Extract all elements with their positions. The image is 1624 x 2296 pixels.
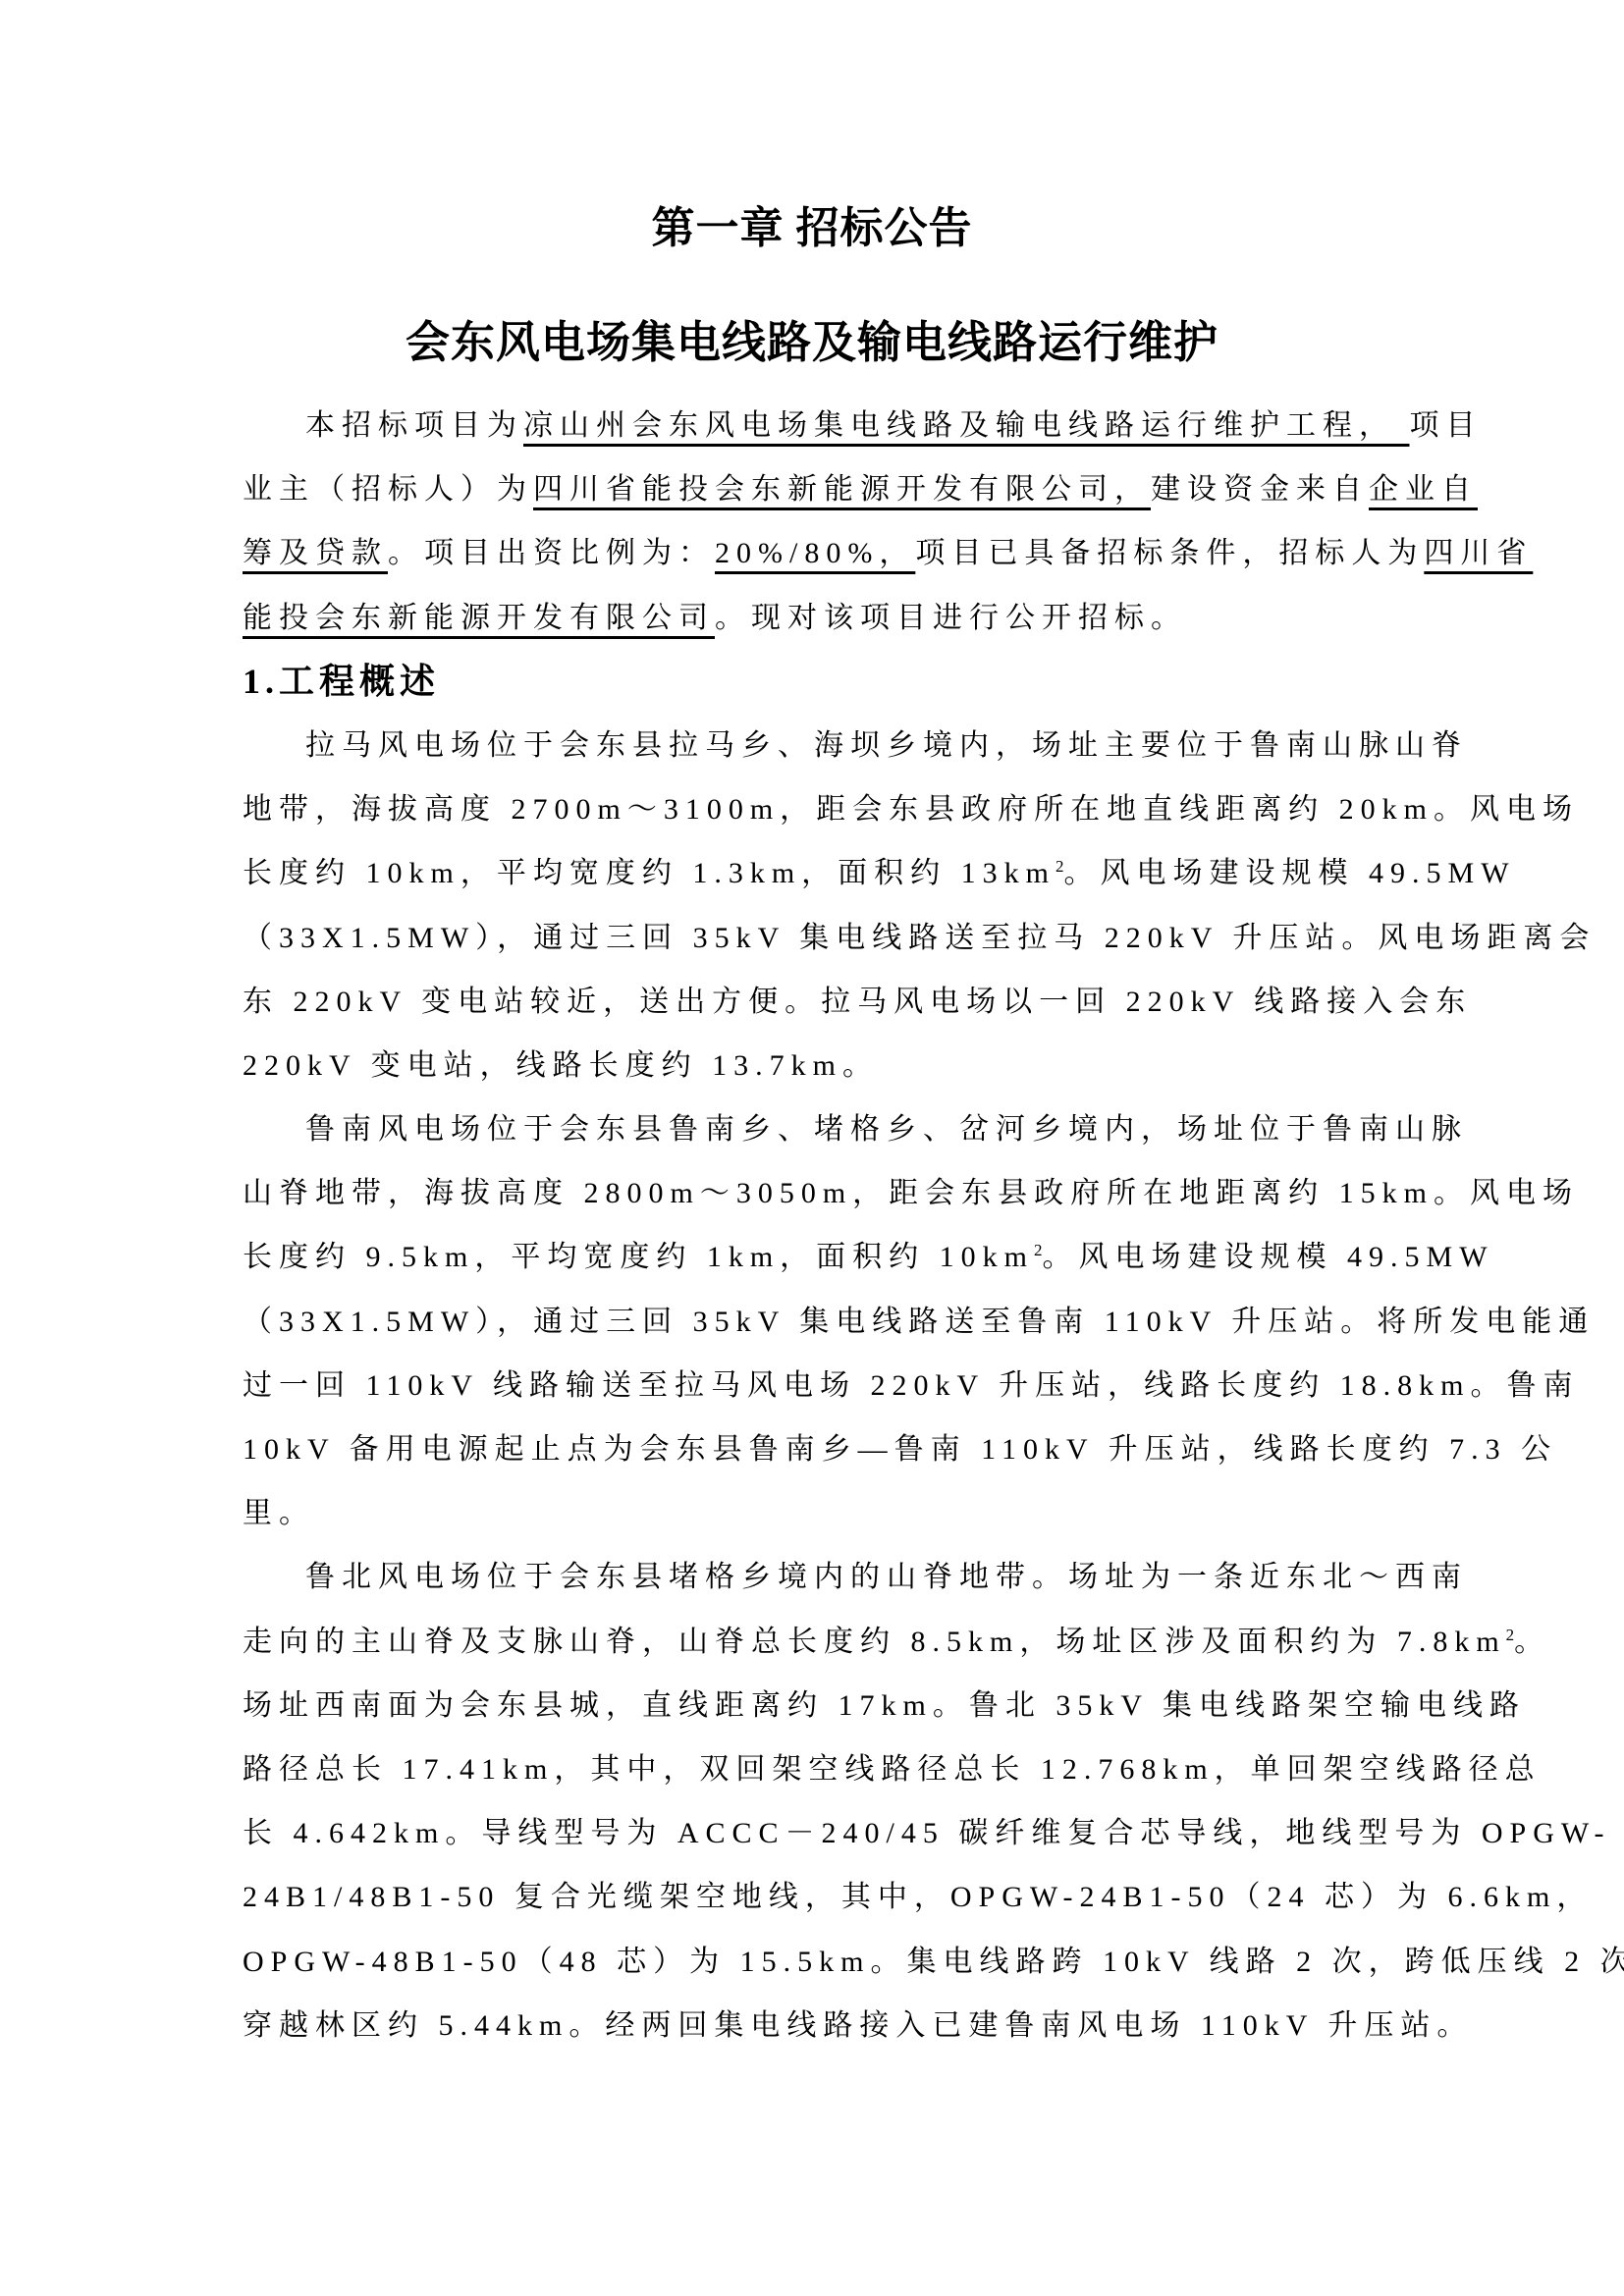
text-segment: 10kV 备用电源起止点为会东县鲁南乡—鲁南 110kV 升压站，线路长度约 7… xyxy=(243,1433,1557,1466)
text-segment: 。 xyxy=(1514,1626,1550,1658)
underlined-text: 企业自 xyxy=(1369,473,1478,506)
text-line: （33X1.5MW），通过三回 35kV 集电线路送至鲁南 110kV 升压站。… xyxy=(243,1290,1419,1354)
text-line: 里。 xyxy=(243,1481,1419,1545)
underlined-text: 能投会东新能源开发有限公司 xyxy=(243,602,715,634)
text-line: 地带，海拔高度 2700m～3100m，距会东县政府所在地直线距离约 20km。… xyxy=(243,777,1419,841)
underlined-text: 四川省 xyxy=(1424,537,1533,569)
text-segment: 24B1/48B1-50 复合光缆架空地线，其中，OPGW-24B1-50（24… xyxy=(243,1881,1593,1913)
text-segment: 220kV 变电站，线路长度约 13.7km。 xyxy=(243,1049,879,1082)
text-line: 220kV 变电站，线路长度约 13.7km。 xyxy=(243,1034,1419,1097)
text-line: 本招标项目为凉山州会东风电场集电线路及输电线路运行维护工程， 项目 xyxy=(243,394,1419,457)
underlined-text: 凉山州会东风电场集电线路及输电线路运行维护工程， xyxy=(523,409,1410,442)
text-segment: 。现对该项目进行公开招标。 xyxy=(715,602,1187,634)
text-line: 场址西南面为会东县城，直线距离约 17km。鲁北 35kV 集电线路架空输电线路 xyxy=(243,1674,1419,1737)
underlined-text: 20%/80%， xyxy=(715,537,915,569)
text-segment: 长 4.642km。导线型号为 ACCC－240/45 碳纤维复合芯导线，地线型… xyxy=(243,1817,1611,1849)
text-line: 鲁南风电场位于会东县鲁南乡、堵格乡、岔河乡境内，场址位于鲁南山脉 xyxy=(243,1097,1419,1161)
underlined-text: 四川省能投会东新能源开发有限公司， xyxy=(533,473,1151,506)
document-body: 本招标项目为凉山州会东风电场集电线路及输电线路运行维护工程， 项目业主（招标人）… xyxy=(243,394,1419,2057)
text-line: 长度约 10km，平均宽度约 1.3km，面积约 13km2。风电场建设规模 4… xyxy=(243,841,1419,905)
text-segment: 里。 xyxy=(243,1497,315,1529)
text-line: 过一回 110kV 线路输送至拉马风电场 220kV 升压站，线路长度约 18.… xyxy=(243,1354,1419,1417)
text-line: 24B1/48B1-50 复合光缆架空地线，其中，OPGW-24B1-50（24… xyxy=(243,1865,1419,1929)
section-heading: 1.工程概述 xyxy=(243,650,1419,714)
underlined-text: 筹及贷款 xyxy=(243,537,388,569)
text-line: OPGW-48B1-50（48 芯）为 15.5km。集电线路跨 10kV 线路… xyxy=(243,1930,1419,1994)
text-line: 东 220kV 变电站较近，送出方便。拉马风电场以一回 220kV 线路接入会东 xyxy=(243,970,1419,1034)
text-line: 山脊地带，海拔高度 2800m～3050m，距会东县政府所在地距离约 15km。… xyxy=(243,1161,1419,1225)
superscript: 2 xyxy=(1506,1626,1515,1644)
text-line: 长 4.642km。导线型号为 ACCC－240/45 碳纤维复合芯导线，地线型… xyxy=(243,1801,1419,1865)
text-segment: 长度约 9.5km，平均宽度约 1km，面积约 10km xyxy=(243,1241,1034,1273)
text-line: 业主（招标人）为四川省能投会东新能源开发有限公司，建设资金来自企业自 xyxy=(243,457,1419,521)
text-line: （33X1.5MW），通过三回 35kV 集电线路送至拉马 220kV 升压站。… xyxy=(243,906,1419,970)
text-line: 拉马风电场位于会东县拉马乡、海坝乡境内，场址主要位于鲁南山脉山脊 xyxy=(243,714,1419,777)
text-segment: 项目 xyxy=(1410,409,1483,442)
text-line: 穿越林区约 5.44km。经两回集电线路接入已建鲁南风电场 110kV 升压站。 xyxy=(243,1994,1419,2057)
text-segment: （33X1.5MW），通过三回 35kV 集电线路送至鲁南 110kV 升压站。… xyxy=(243,1306,1595,1338)
superscript: 2 xyxy=(1056,857,1064,876)
text-segment: 场址西南面为会东县城，直线距离约 17km。鲁北 35kV 集电线路架空输电线路 xyxy=(243,1689,1526,1722)
text-segment: 路径总长 17.41km，其中，双回架空线路径总长 12.768km，单回架空线… xyxy=(243,1753,1542,1786)
text-segment: 建设资金来自 xyxy=(1151,473,1369,506)
text-segment: 项目已具备招标条件，招标人为 xyxy=(915,537,1424,569)
text-segment: 鲁北风电场位于会东县堵格乡境内的山脊地带。场址为一条近东北～西南 xyxy=(305,1561,1468,1593)
text-segment: 走向的主山脊及支脉山脊，山脊总长度约 8.5km，场址区涉及面积约为 7.8km xyxy=(243,1626,1506,1658)
text-segment: 长度约 10km，平均宽度约 1.3km，面积约 13km xyxy=(243,857,1056,889)
text-segment: 拉马风电场位于会东县拉马乡、海坝乡境内，场址主要位于鲁南山脉山脊 xyxy=(305,729,1468,762)
text-segment: 。项目出资比例为： xyxy=(388,537,715,569)
text-line: 走向的主山脊及支脉山脊，山脊总长度约 8.5km，场址区涉及面积约为 7.8km… xyxy=(243,1610,1419,1674)
text-segment: 地带，海拔高度 2700m～3100m，距会东县政府所在地直线距离约 20km。… xyxy=(243,793,1579,826)
project-subtitle: 会东风电场集电线路及输电线路运行维护 xyxy=(0,306,1624,370)
text-line: 路径总长 17.41km，其中，双回架空线路径总长 12.768km，单回架空线… xyxy=(243,1737,1419,1801)
text-segment: 。风电场建设规模 49.5MW xyxy=(1043,1241,1494,1273)
text-segment: 穿越林区约 5.44km。经两回集电线路接入已建鲁南风电场 110kV 升压站。 xyxy=(243,2009,1473,2042)
text-segment: 东 220kV 变电站较近，送出方便。拉马风电场以一回 220kV 线路接入会东 xyxy=(243,986,1472,1018)
text-segment: 过一回 110kV 线路输送至拉马风电场 220kV 升压站，线路长度约 18.… xyxy=(243,1369,1579,1402)
text-segment: （33X1.5MW），通过三回 35kV 集电线路送至拉马 220kV 升压站。… xyxy=(243,922,1596,954)
text-segment: 鲁南风电场位于会东县鲁南乡、堵格乡、岔河乡境内，场址位于鲁南山脉 xyxy=(305,1113,1468,1146)
text-line: 筹及贷款。项目出资比例为：20%/80%，项目已具备招标条件，招标人为四川省 xyxy=(243,521,1419,585)
text-line: 能投会东新能源开发有限公司。现对该项目进行公开招标。 xyxy=(243,586,1419,650)
text-segment: 山脊地带，海拔高度 2800m～3050m，距会东县政府所在地距离约 15km。… xyxy=(243,1177,1579,1209)
text-line: 长度约 9.5km，平均宽度约 1km，面积约 10km2。风电场建设规模 49… xyxy=(243,1225,1419,1289)
text-segment: OPGW-48B1-50（48 芯）为 15.5km。集电线路跨 10kV 线路… xyxy=(243,1946,1624,1978)
text-line: 鲁北风电场位于会东县堵格乡境内的山脊地带。场址为一条近东北～西南 xyxy=(243,1545,1419,1609)
text-segment: 本招标项目为 xyxy=(305,409,523,442)
text-segment: 业主（招标人）为 xyxy=(243,473,533,506)
superscript: 2 xyxy=(1034,1241,1043,1259)
chapter-title: 第一章 招标公告 xyxy=(0,192,1624,255)
document-page: 第一章 招标公告 会东风电场集电线路及输电线路运行维护 本招标项目为凉山州会东风… xyxy=(0,0,1624,2296)
text-segment: 。风电场建设规模 49.5MW xyxy=(1064,857,1516,889)
text-line: 10kV 备用电源起止点为会东县鲁南乡—鲁南 110kV 升压站，线路长度约 7… xyxy=(243,1417,1419,1481)
